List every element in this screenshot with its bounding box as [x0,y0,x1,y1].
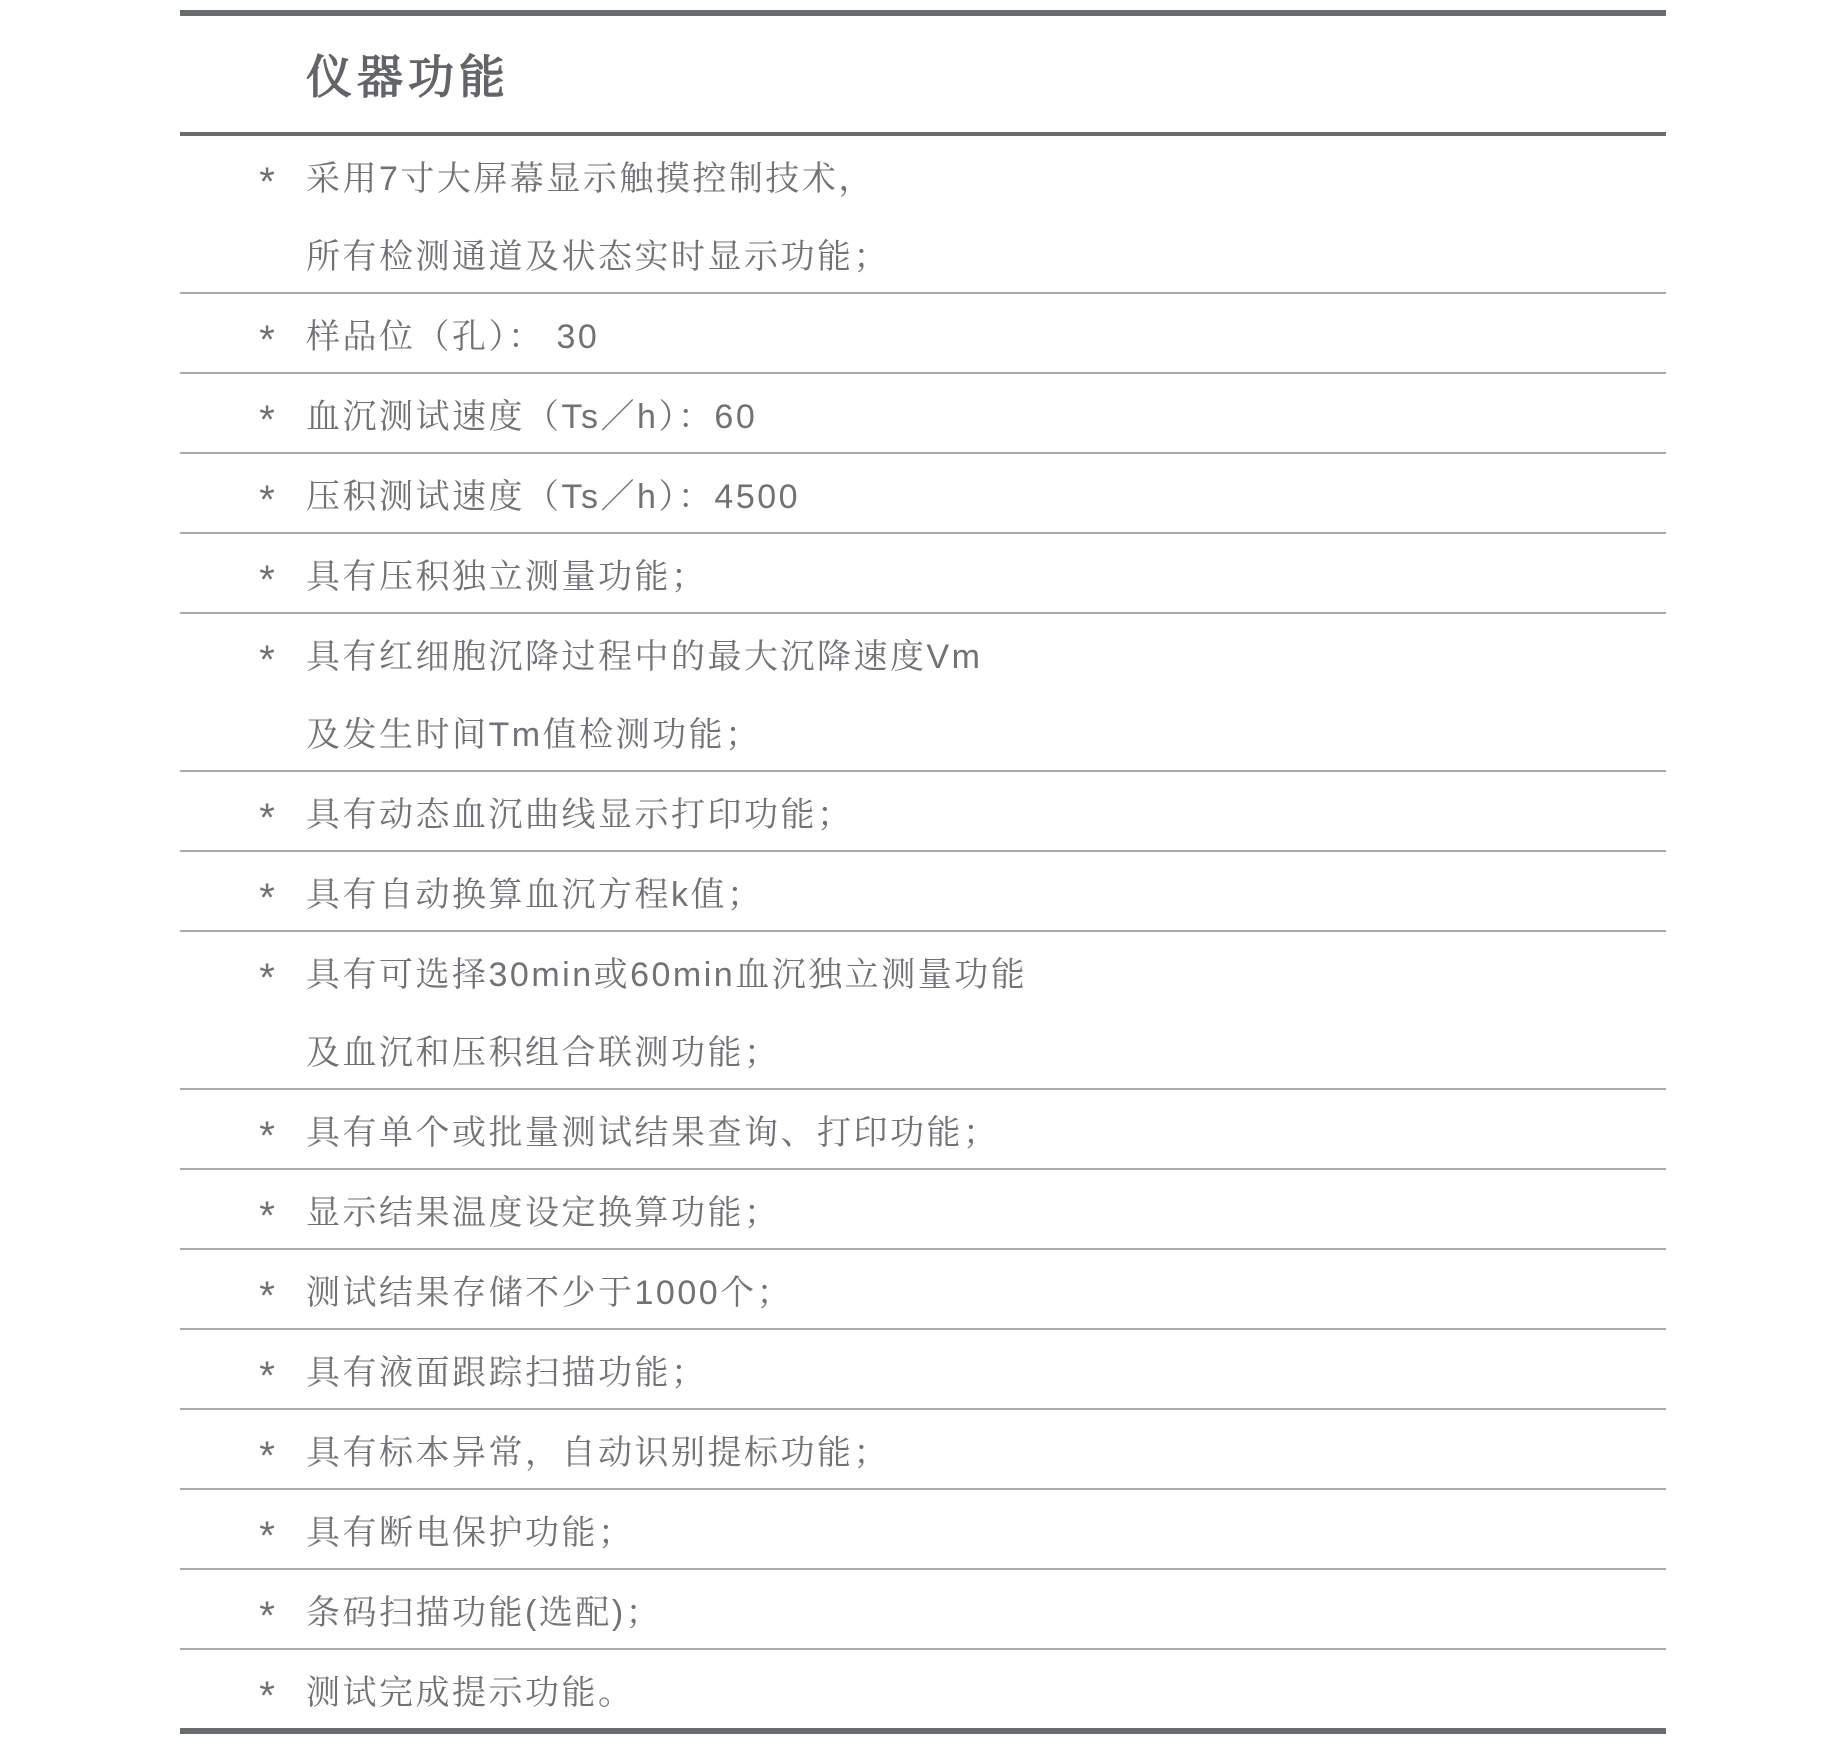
feature-line: 具有自动换算血沉方程k值； [306,852,1666,930]
asterisk-bullet: * [250,1097,284,1175]
feature-line: 具有压积独立测量功能； [306,534,1666,612]
feature-row: * 具有压积独立测量功能； [180,534,1666,614]
feature-row: * 具有单个或批量测试结果查询、打印功能； [180,1090,1666,1170]
feature-line: 压积测试速度（Ts／h）：4500 [306,454,1666,532]
asterisk-bullet: * [250,461,284,539]
asterisk-bullet: * [250,1577,284,1655]
feature-line: 具有单个或批量测试结果查询、打印功能； [306,1090,1666,1168]
asterisk-bullet: * [250,779,284,857]
asterisk-bullet: * [250,301,284,379]
feature-row: * 具有标本异常，自动识别提标功能； [180,1410,1666,1490]
asterisk-bullet: * [250,1177,284,1255]
feature-line: 显示结果温度设定换算功能； [306,1170,1666,1248]
feature-row: * 具有液面跟踪扫描功能； [180,1330,1666,1410]
feature-line: 具有液面跟踪扫描功能； [306,1330,1666,1408]
asterisk-bullet: * [250,1257,284,1335]
asterisk-bullet: * [250,1657,284,1735]
asterisk-bullet: * [250,1337,284,1415]
asterisk-bullet: * [250,859,284,937]
asterisk-bullet: * [250,541,284,619]
feature-row: * 测试结果存储不少于1000个； [180,1250,1666,1330]
section-title-bar: 仪器功能 [180,16,1666,136]
spec-sheet: 仪器功能 * 采用7寸大屏幕显示触摸控制技术，所有检测通道及状态实时显示功能； … [180,10,1666,1734]
feature-line: 条码扫描功能(选配)； [306,1570,1666,1648]
feature-line: 具有可选择30min或60min血沉独立测量功能 [306,932,1666,1010]
feature-line: 及发生时间Tm值检测功能； [306,692,1666,770]
feature-line: 及血沉和压积组合联测功能； [306,1010,1666,1088]
feature-line: 采用7寸大屏幕显示触摸控制技术， [306,136,1666,214]
asterisk-bullet: * [250,621,284,699]
feature-line: 具有红细胞沉降过程中的最大沉降速度Vm [306,614,1666,692]
feature-row: * 采用7寸大屏幕显示触摸控制技术，所有检测通道及状态实时显示功能； [180,136,1666,294]
feature-row: * 具有自动换算血沉方程k值； [180,852,1666,932]
feature-row: * 样品位（孔）： 30 [180,294,1666,374]
feature-line: 测试结果存储不少于1000个； [306,1250,1666,1328]
section-title: 仪器功能 [306,41,510,107]
feature-line: 具有标本异常，自动识别提标功能； [306,1410,1666,1488]
feature-row: * 显示结果温度设定换算功能； [180,1170,1666,1250]
feature-line: 具有断电保护功能； [306,1490,1666,1568]
asterisk-bullet: * [250,143,284,221]
asterisk-bullet: * [250,381,284,459]
feature-line: 血沉测试速度（Ts／h）：60 [306,374,1666,452]
asterisk-bullet: * [250,939,284,1017]
feature-line: 所有检测通道及状态实时显示功能； [306,214,1666,292]
feature-row: * 测试完成提示功能。 [180,1650,1666,1728]
feature-row: * 具有动态血沉曲线显示打印功能； [180,772,1666,852]
feature-list: * 采用7寸大屏幕显示触摸控制技术，所有检测通道及状态实时显示功能； * 样品位… [180,136,1666,1734]
asterisk-bullet: * [250,1497,284,1575]
feature-row: * 条码扫描功能(选配)； [180,1570,1666,1650]
feature-line: 测试完成提示功能。 [306,1650,1666,1728]
feature-row: * 具有红细胞沉降过程中的最大沉降速度Vm及发生时间Tm值检测功能； [180,614,1666,772]
feature-line: 样品位（孔）： 30 [306,294,1666,372]
feature-row: * 具有断电保护功能； [180,1490,1666,1570]
feature-row: * 压积测试速度（Ts／h）：4500 [180,454,1666,534]
feature-row: * 血沉测试速度（Ts／h）：60 [180,374,1666,454]
feature-row: * 具有可选择30min或60min血沉独立测量功能及血沉和压积组合联测功能； [180,932,1666,1090]
asterisk-bullet: * [250,1417,284,1495]
feature-line: 具有动态血沉曲线显示打印功能； [306,772,1666,850]
